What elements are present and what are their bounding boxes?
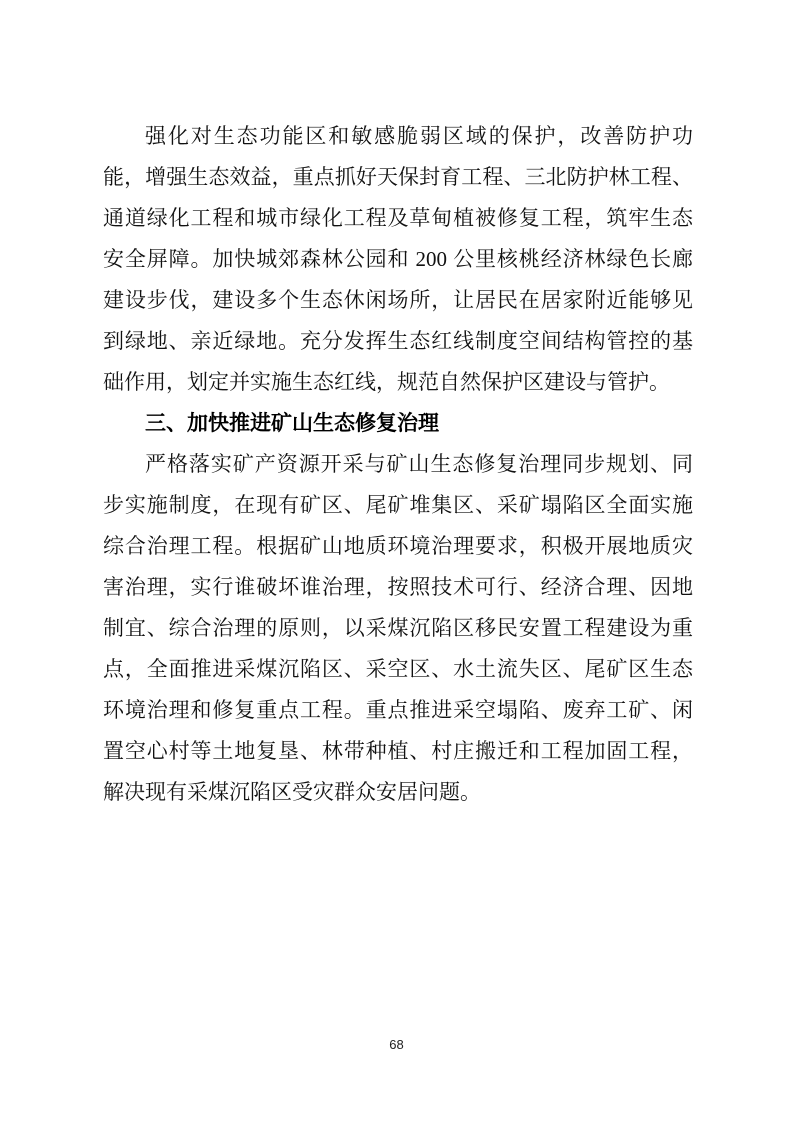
text-line: 能，增强生态效益，重点抓好天保封育工程、三北防护林工程、 — [103, 157, 693, 198]
text-line: 通道绿化工程和城市绿化工程及草甸植被修复工程，筑牢生态 — [103, 198, 693, 239]
text-line: 建设步伐，建设多个生态休闲场所，让居民在居家附近能够见 — [103, 280, 693, 321]
text-line: 安全屏障。加快城郊森林公园和 200 公里核桃经济林绿色长廊 — [103, 239, 693, 280]
text-line: 制宜、综合治理的原则，以采煤沉陷区移民安置工程建设为重 — [103, 608, 693, 649]
text-line: 础作用，划定并实施生态红线，规范自然保护区建设与管护。 — [103, 362, 693, 403]
text-line: 强化对生态功能区和敏感脆弱区域的保护，改善防护功 — [103, 116, 693, 157]
text-line: 严格落实矿产资源开采与矿山生态修复治理同步规划、同 — [103, 444, 693, 485]
text-line: 到绿地、亲近绿地。充分发挥生态红线制度空间结构管控的基 — [103, 321, 693, 362]
section-heading-mine-restoration: 三、加快推进矿山生态修复治理 — [103, 403, 693, 444]
text-line: 点，全面推进采煤沉陷区、采空区、水土流失区、尾矿区生态 — [103, 649, 693, 690]
text-line: 解决现有采煤沉陷区受灾群众安居问题。 — [103, 772, 693, 813]
paragraph-mine-restoration: 严格落实矿产资源开采与矿山生态修复治理同步规划、同步实施制度，在现有矿区、尾矿堆… — [103, 444, 693, 813]
text-line: 综合治理工程。根据矿山地质环境治理要求，积极开展地质灾 — [103, 526, 693, 567]
text-line: 步实施制度，在现有矿区、尾矿堆集区、采矿塌陷区全面实施 — [103, 485, 693, 526]
text-line: 置空心村等土地复垦、林带种植、村庄搬迁和工程加固工程， — [103, 731, 693, 772]
document-page: 强化对生态功能区和敏感脆弱区域的保护，改善防护功能，增强生态效益，重点抓好天保封… — [0, 0, 793, 1122]
text-block: 强化对生态功能区和敏感脆弱区域的保护，改善防护功能，增强生态效益，重点抓好天保封… — [103, 116, 693, 813]
paragraph-ecological-protection: 强化对生态功能区和敏感脆弱区域的保护，改善防护功能，增强生态效益，重点抓好天保封… — [103, 116, 693, 403]
text-line: 害治理，实行谁破坏谁治理，按照技术可行、经济合理、因地 — [103, 567, 693, 608]
page-number: 68 — [0, 1037, 793, 1052]
text-line: 环境治理和修复重点工程。重点推进采空塌陷、废弃工矿、闲 — [103, 690, 693, 731]
